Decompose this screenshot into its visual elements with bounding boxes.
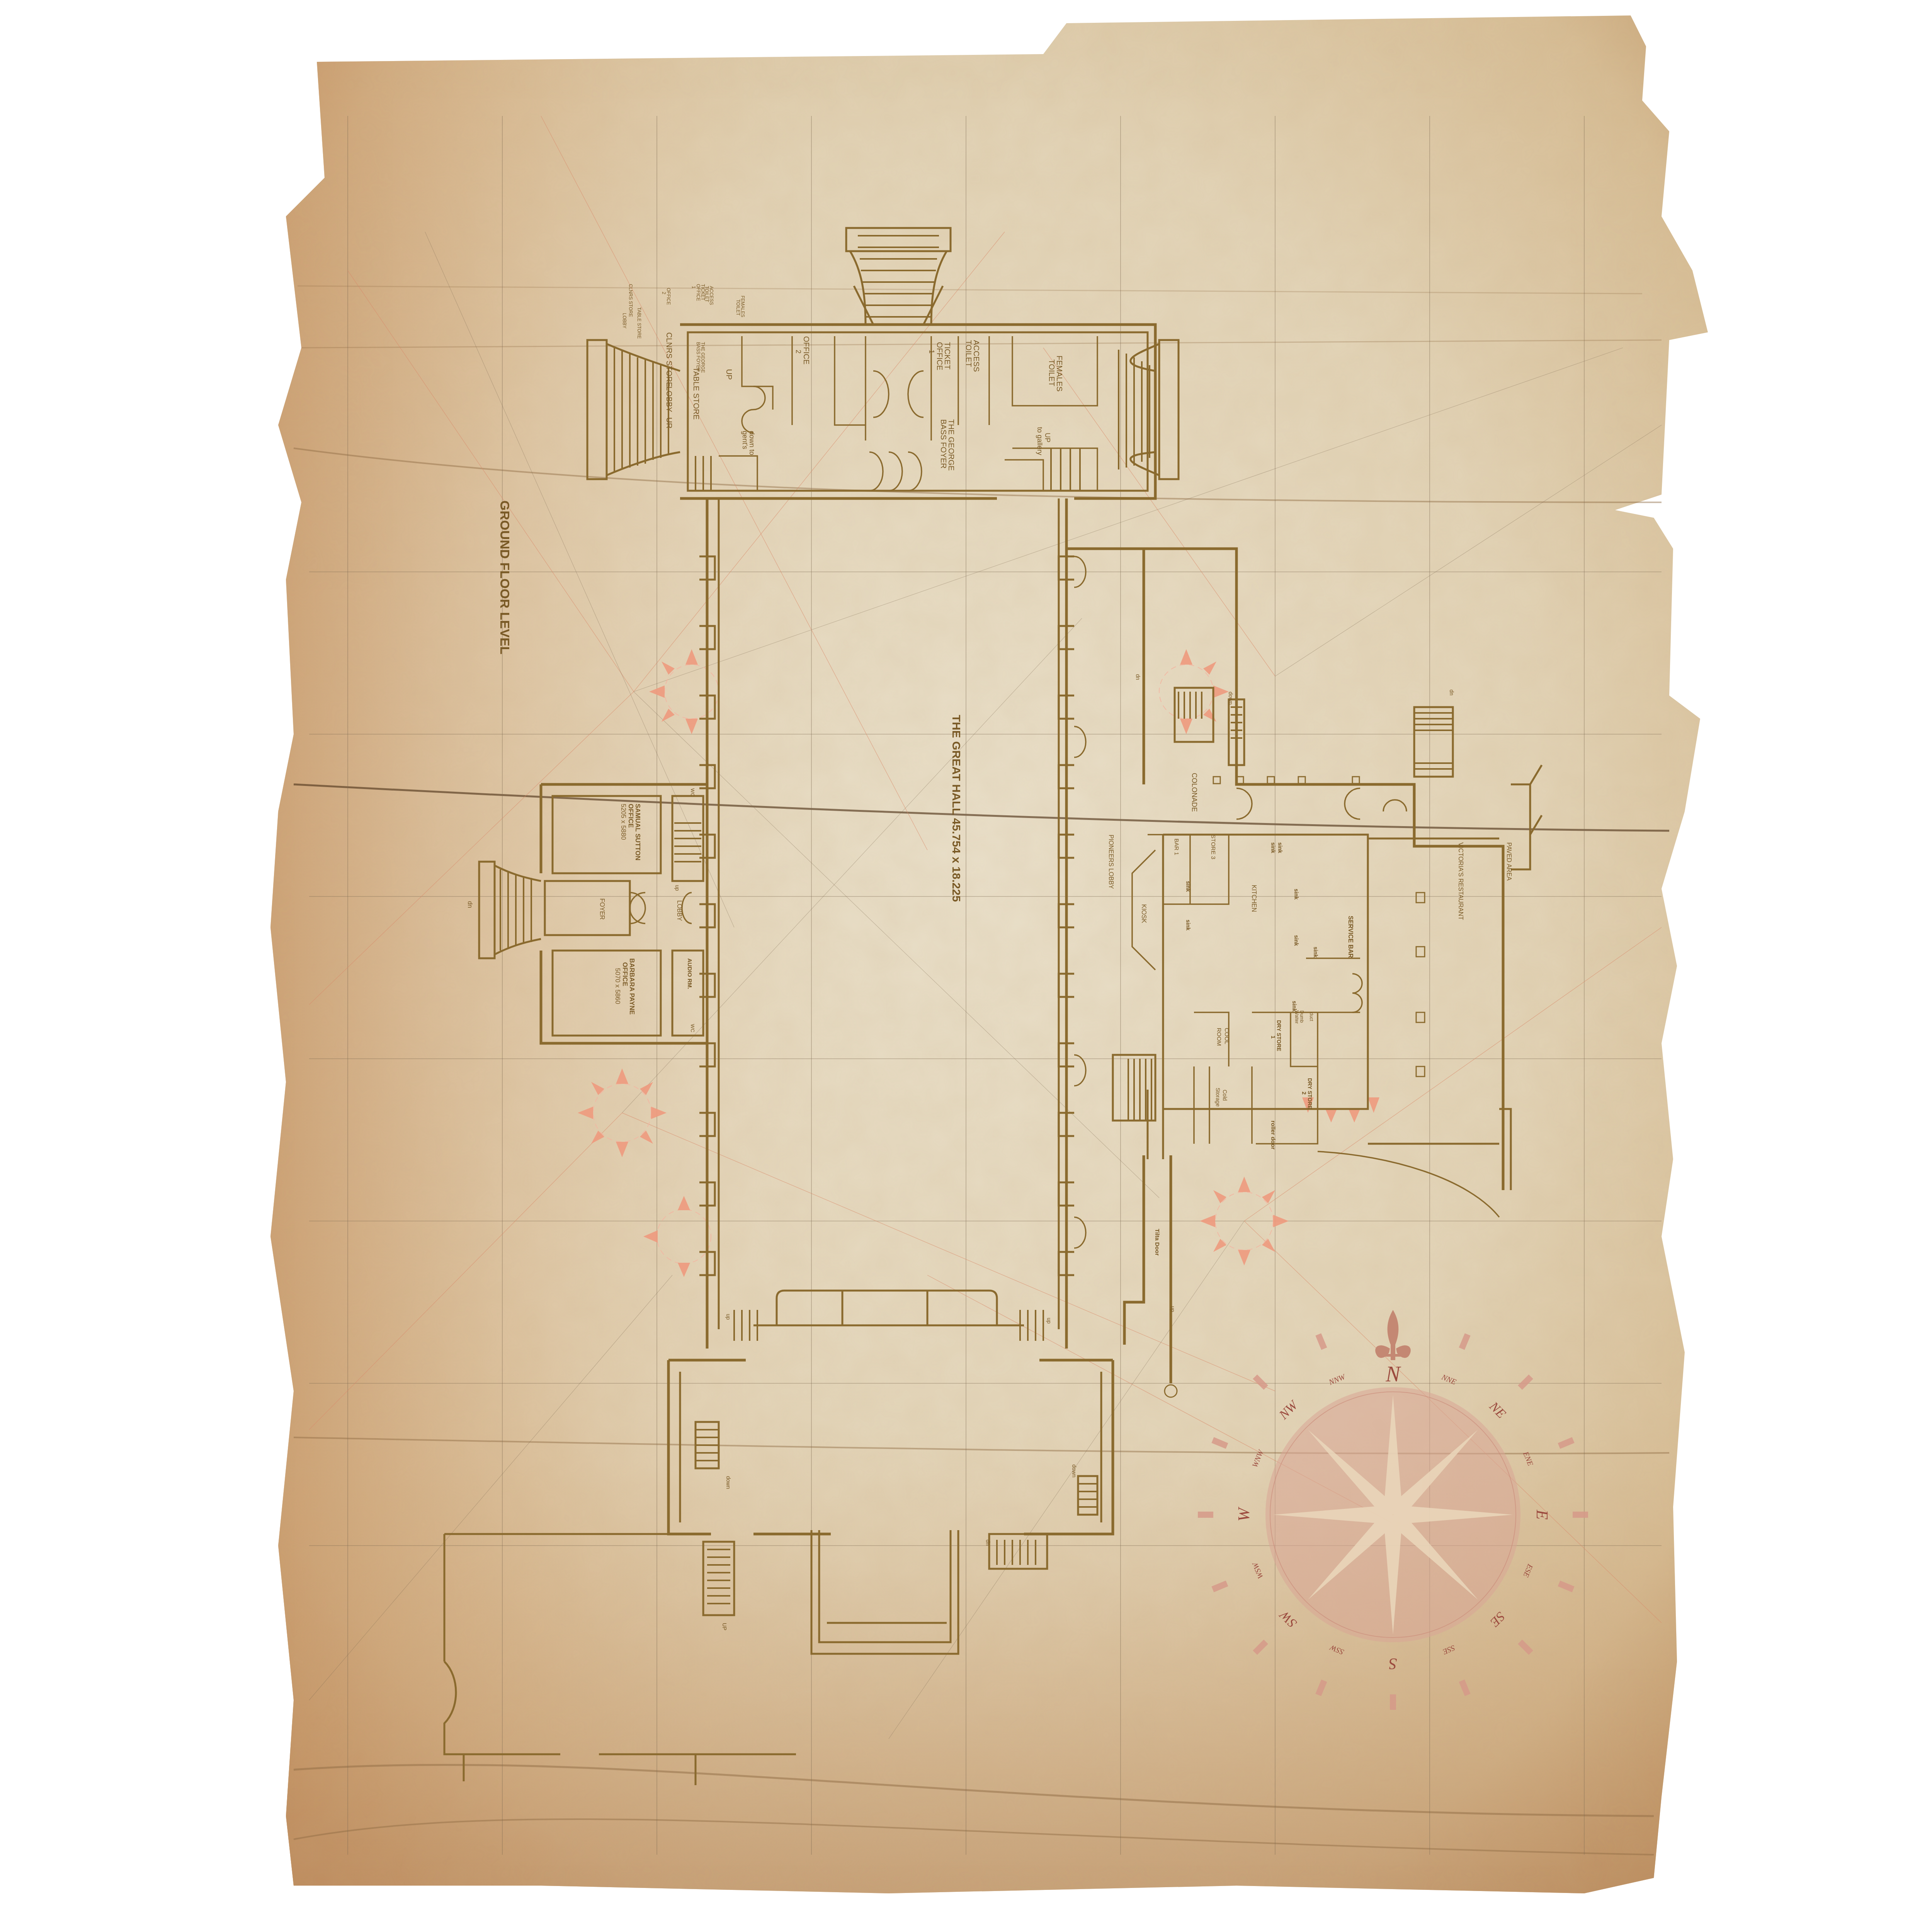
svg-text:SERVICE BAR: SERVICE BAR bbox=[1347, 916, 1354, 958]
svg-text:down: down bbox=[725, 1476, 731, 1489]
svg-text:5205 x 5880: 5205 x 5880 bbox=[620, 804, 627, 840]
svg-text:LOBBY: LOBBY bbox=[665, 386, 673, 412]
svg-text:Dumb: Dumb bbox=[1299, 1010, 1304, 1023]
svg-text:TOILET: TOILET bbox=[1047, 359, 1056, 386]
svg-text:BAR 1: BAR 1 bbox=[1173, 838, 1180, 855]
svg-text:Storage: Storage bbox=[1215, 1088, 1221, 1107]
svg-text:TOILET: TOILET bbox=[964, 340, 973, 367]
title-ground-floor-level: GROUND FLOOR LEVEL bbox=[497, 500, 512, 655]
svg-text:sink: sink bbox=[1313, 947, 1319, 957]
svg-text:sink: sink bbox=[1185, 920, 1191, 930]
svg-text:UR: UR bbox=[665, 417, 673, 429]
svg-text:CLNRS STORE: CLNRS STORE bbox=[665, 332, 673, 387]
svg-text:2: 2 bbox=[661, 292, 667, 294]
svg-text:Cold: Cold bbox=[1222, 1090, 1228, 1101]
svg-text:UP: UP bbox=[724, 369, 733, 380]
svg-text:WC: WC bbox=[690, 1024, 696, 1032]
svg-text:TOILET: TOILET bbox=[735, 299, 741, 316]
svg-text:Tilta Door: Tilta Door bbox=[1154, 1229, 1160, 1256]
svg-text:FOYER: FOYER bbox=[599, 898, 605, 920]
svg-text:up: up bbox=[1170, 1306, 1176, 1312]
svg-text:down: down bbox=[1228, 692, 1234, 704]
svg-text:PIONEERS LOBBY: PIONEERS LOBBY bbox=[1107, 835, 1114, 889]
svg-text:up: up bbox=[466, 901, 473, 908]
svg-text:COLONADE: COLONADE bbox=[1190, 773, 1198, 812]
svg-text:SAMUAL SUTTON: SAMUAL SUTTON bbox=[634, 804, 641, 861]
svg-text:KIOSK: KIOSK bbox=[1140, 904, 1147, 923]
floor-plan-canvas: GROUND FLOOR LEVEL THE GREAT HALL 45.754… bbox=[0, 0, 1932, 1932]
svg-text:DRY STORE: DRY STORE bbox=[1307, 1078, 1313, 1109]
svg-text:TABLE STORE: TABLE STORE bbox=[636, 307, 642, 339]
svg-text:up: up bbox=[674, 885, 680, 891]
svg-text:1: 1 bbox=[1270, 1036, 1276, 1039]
svg-text:sink: sink bbox=[1185, 881, 1191, 892]
svg-text:FEMALES: FEMALES bbox=[1055, 355, 1063, 391]
floor-plan-document: GROUND FLOOR LEVEL THE GREAT HALL 45.754… bbox=[0, 0, 1932, 1932]
svg-text:CLNRS STORE: CLNRS STORE bbox=[628, 284, 633, 317]
svg-text:TICKET: TICKET bbox=[943, 342, 951, 369]
svg-text:sink: sink bbox=[1293, 935, 1299, 946]
compass-n: N bbox=[1385, 1362, 1401, 1386]
svg-text:LOBBY: LOBBY bbox=[622, 313, 627, 328]
svg-text:down: down bbox=[1071, 1464, 1077, 1477]
svg-text:duct: duct bbox=[1309, 1012, 1314, 1021]
svg-text:THE GEORGE: THE GEORGE bbox=[947, 419, 955, 471]
svg-text:OFFICE: OFFICE bbox=[802, 336, 810, 364]
svg-text:OFFICE: OFFICE bbox=[621, 962, 629, 986]
svg-text:ROOM: ROOM bbox=[1216, 1028, 1222, 1046]
svg-text:ACCESS: ACCESS bbox=[972, 340, 980, 372]
svg-text:UP: UP bbox=[1044, 433, 1051, 442]
svg-text:2: 2 bbox=[1301, 1092, 1307, 1095]
svg-text:sink: sink bbox=[1293, 889, 1299, 900]
svg-text:up: up bbox=[1134, 674, 1140, 680]
svg-text:5070 x 5860: 5070 x 5860 bbox=[614, 968, 621, 1004]
svg-text:roller door: roller door bbox=[1270, 1121, 1276, 1150]
svg-text:up: up bbox=[1448, 689, 1454, 696]
svg-text:WC: WC bbox=[690, 788, 696, 797]
svg-text:TABLE STORE: TABLE STORE bbox=[692, 367, 700, 420]
svg-text:1: 1 bbox=[928, 350, 935, 354]
svg-text:DRY STORE: DRY STORE bbox=[1276, 1020, 1282, 1051]
svg-text:sink: sink bbox=[1277, 842, 1283, 853]
svg-text:KITCHEN: KITCHEN bbox=[1250, 885, 1257, 912]
svg-text:gent's: gent's bbox=[741, 431, 749, 449]
svg-text:sink: sink bbox=[1270, 842, 1276, 853]
svg-text:OFFICE: OFFICE bbox=[935, 342, 944, 370]
svg-text:down to: down to bbox=[748, 431, 756, 455]
svg-text:sink: sink bbox=[1291, 1001, 1298, 1012]
svg-text:2: 2 bbox=[794, 350, 802, 354]
svg-text:E: E bbox=[1533, 1509, 1551, 1520]
svg-text:OFFICE: OFFICE bbox=[666, 288, 671, 305]
svg-text:1: 1 bbox=[691, 286, 696, 289]
svg-text:W: W bbox=[1235, 1507, 1253, 1522]
svg-text:BASS FOYER: BASS FOYER bbox=[939, 419, 947, 469]
svg-text:up: up bbox=[725, 1314, 731, 1320]
svg-text:up: up bbox=[1046, 1318, 1052, 1324]
svg-text:UP: UP bbox=[721, 1623, 728, 1630]
great-hall-label: THE GREAT HALL 45.754 x 18.225 bbox=[950, 715, 963, 902]
svg-text:BARBARA PAYNE: BARBARA PAYNE bbox=[628, 958, 636, 1015]
svg-text:S: S bbox=[1389, 1655, 1397, 1672]
svg-text:up: up bbox=[984, 1539, 990, 1546]
svg-text:to gallery: to gallery bbox=[1036, 427, 1044, 455]
svg-text:STORE 3: STORE 3 bbox=[1210, 835, 1216, 859]
svg-text:LOBBY: LOBBY bbox=[676, 900, 682, 921]
svg-text:COOL: COOL bbox=[1223, 1028, 1230, 1044]
compass-star bbox=[1273, 1395, 1513, 1634]
svg-text:Waiter: Waiter bbox=[1294, 1010, 1299, 1024]
svg-text:OFFICE: OFFICE bbox=[627, 804, 634, 828]
svg-text:VICTORIA'S RESTAURANT: VICTORIA'S RESTAURANT bbox=[1457, 842, 1464, 920]
svg-text:AUDIO RM.: AUDIO RM. bbox=[686, 958, 693, 989]
svg-text:PAVED AREA: PAVED AREA bbox=[1505, 842, 1512, 881]
svg-text:TOILET: TOILET bbox=[704, 286, 709, 302]
